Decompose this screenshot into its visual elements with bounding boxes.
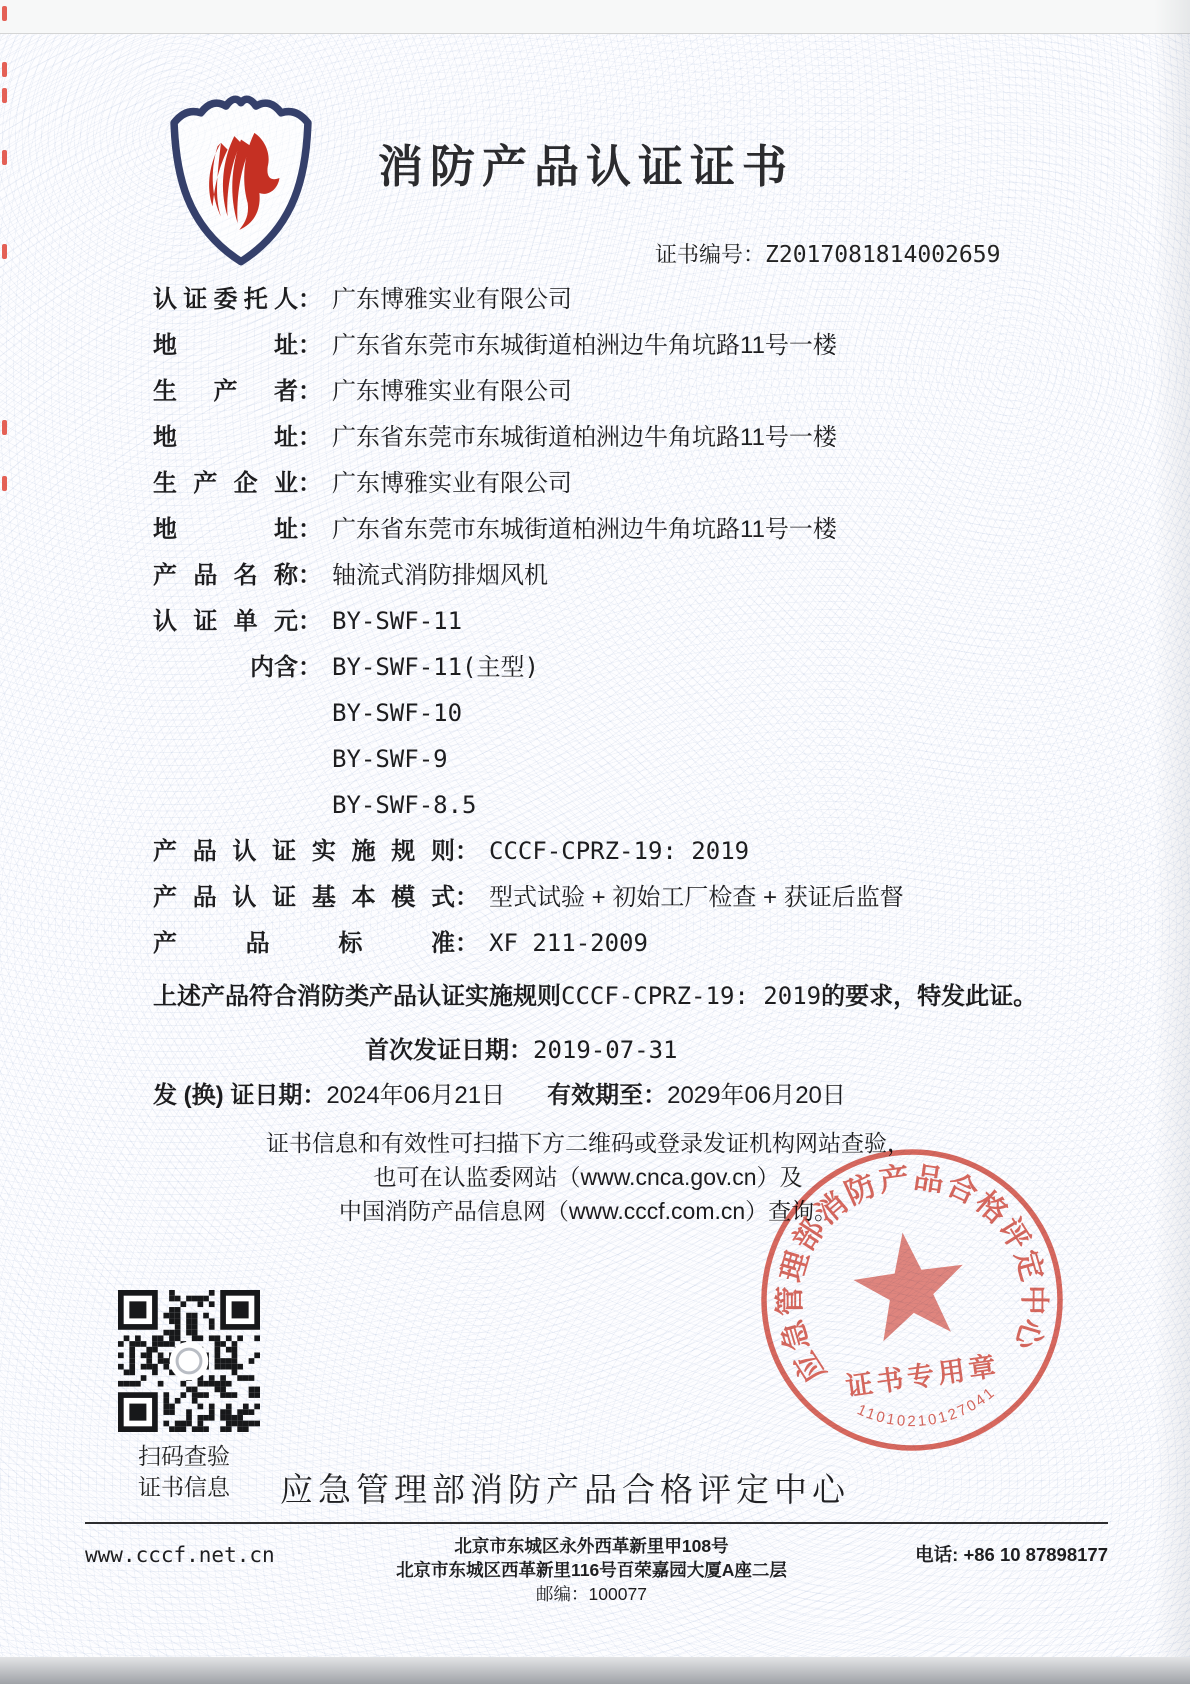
scan-edge-top <box>0 0 1190 34</box>
field-label: 地址 <box>153 421 298 454</box>
qr-caption-line: 扫码查验 <box>138 1441 230 1472</box>
included-model-row: BY-SWF-10 <box>153 697 1058 730</box>
footer-address: 北京市东城区永外西革新里甲108号 北京市东城区西革新里116号百荣嘉园大厦A座… <box>325 1534 858 1606</box>
colon: ： <box>298 651 332 684</box>
field-row: 地址：广东省东莞市东城街道柏洲边牛角坑路11号一楼 <box>153 329 1058 362</box>
included-model-row: BY-SWF-9 <box>153 743 1058 776</box>
scan-edge-right <box>1154 0 1190 1684</box>
certificate-number-label: 证书编号： <box>655 242 765 267</box>
field-value: 广东省东莞市东城街道柏洲边牛角坑路11号一楼 <box>332 421 1058 454</box>
colon: ： <box>455 927 489 960</box>
included-model: BY-SWF-8.5 <box>332 789 1058 822</box>
qr-caption: 扫码查验 证书信息 <box>138 1441 230 1503</box>
certificate-fields: 认证委托人：广东博雅实业有限公司 地址：广东省东莞市东城街道柏洲边牛角坑路11号… <box>153 283 1058 1228</box>
field-value: 广东博雅实业有限公司 <box>332 375 1058 408</box>
official-seal-stamp: 应急管理部消防产品合格评定中心 证书专用章 11010210127041 <box>750 1138 1074 1462</box>
field-value: 广东博雅实业有限公司 <box>332 283 1058 316</box>
field-label: 产品名称 <box>153 559 298 592</box>
statement-outro: 的要求，特发此证。 <box>821 983 1037 1010</box>
field-label: 认证委托人 <box>153 283 298 316</box>
scan-red-mark <box>2 476 7 491</box>
field-value: 广东博雅实业有限公司 <box>332 467 1058 500</box>
stamp-star-icon <box>848 1225 972 1344</box>
issuing-authority: 应急管理部消防产品合格评定中心 <box>280 1464 850 1511</box>
rule-row: 产品认证基本模式：型式试验 + 初始工厂检查 + 获证后监督 <box>153 881 1058 914</box>
valid-until-label: 有效期至： <box>547 1082 667 1109</box>
certificate-page: { "page_title": "消防产品认证证书", "cert_no": {… <box>0 0 1190 1684</box>
rule-label: 产品认证基本模式 <box>153 881 455 914</box>
scan-edge-bottom <box>0 1657 1190 1684</box>
scan-red-mark <box>2 420 7 435</box>
scan-red-mark <box>2 150 7 165</box>
page-title: 消防产品认证证书 <box>378 130 794 195</box>
field-row: 认证单元：BY-SWF-11 <box>153 605 1058 638</box>
colon: ： <box>455 835 489 868</box>
field-value: 广东省东莞市东城街道柏洲边牛角坑路11号一楼 <box>332 513 1058 546</box>
footer-address-line: 北京市东城区永外西革新里甲108号 <box>325 1534 858 1558</box>
field-row: 生产企业：广东博雅实业有限公司 <box>153 467 1058 500</box>
rule-label: 产品标准 <box>153 927 455 960</box>
colon: ： <box>298 329 332 362</box>
rule-value: XF 211-2009 <box>489 927 1058 960</box>
rule-value: 型式试验 + 初始工厂检查 + 获证后监督 <box>489 881 1058 914</box>
rule-row: 产品标准：XF 211-2009 <box>153 927 1058 960</box>
valid-until-value: 2029年06月20日 <box>667 1082 846 1109</box>
reissue-label: 发 (换) 证日期： <box>153 1082 326 1109</box>
field-row: 产品名称：轴流式消防排烟风机 <box>153 559 1058 592</box>
field-label: 地址 <box>153 329 298 362</box>
rule-row: 产品认证实施规则：CCCF-CPRZ-19: 2019 <box>153 835 1058 868</box>
colon: ： <box>455 881 489 914</box>
reissue-value: 2024年06月21日 <box>326 1082 505 1109</box>
field-label: 生产者 <box>153 375 298 408</box>
scan-red-mark <box>2 6 7 21</box>
footer-postcode: 邮编：100077 <box>325 1582 858 1606</box>
field-label: 生产企业 <box>153 467 298 500</box>
field-value: 广东省东莞市东城街道柏洲边牛角坑路11号一楼 <box>332 329 1058 362</box>
field-row: 地址：广东省东莞市东城街道柏洲边牛角坑路11号一楼 <box>153 421 1058 454</box>
scan-red-mark <box>2 88 7 103</box>
footer-website: www.cccf.net.cn <box>85 1534 325 1567</box>
statement-intro: 上述产品符合消防类产品认证实施规则 <box>153 983 561 1010</box>
field-label: 地址 <box>153 513 298 546</box>
field-label: 内含 <box>153 651 298 684</box>
first-issue-label: 首次发证日期： <box>365 1037 533 1064</box>
colon: ： <box>298 421 332 454</box>
colon: ： <box>298 467 332 500</box>
colon: ： <box>298 283 332 316</box>
scan-red-mark <box>2 244 7 259</box>
field-value: BY-SWF-11 <box>332 605 1058 638</box>
included-model: BY-SWF-10 <box>332 697 1058 730</box>
field-label: 认证单元 <box>153 605 298 638</box>
included-model-row: BY-SWF-8.5 <box>153 789 1058 822</box>
footer: www.cccf.net.cn 北京市东城区永外西革新里甲108号 北京市东城区… <box>85 1534 1108 1606</box>
reissue-date-line: 发 (换) 证日期：2024年06月21日有效期至：2029年06月20日 <box>153 1075 1058 1110</box>
footer-phone: 电话: +86 10 87898177 <box>858 1534 1108 1567</box>
colon: ： <box>298 559 332 592</box>
rule-label: 产品认证实施规则 <box>153 835 455 868</box>
field-row: 生产者：广东博雅实业有限公司 <box>153 375 1058 408</box>
colon: ： <box>298 605 332 638</box>
certificate-number: 证书编号：Z2017081814002659 <box>655 238 1000 269</box>
colon: ： <box>298 375 332 408</box>
rule-value: CCCF-CPRZ-19: 2019 <box>489 835 1058 868</box>
statement-code: CCCF-CPRZ-19: 2019 <box>561 982 821 1010</box>
included-model: BY-SWF-9 <box>332 743 1058 776</box>
field-row: 内含：BY-SWF-11(主型) <box>153 651 1058 684</box>
qr-code <box>118 1290 260 1432</box>
fire-shield-logo-icon <box>150 86 332 270</box>
footer-address-line: 北京市东城区西革新里116号百荣嘉园大厦A座二层 <box>325 1558 858 1582</box>
conformity-statement: 上述产品符合消防类产品认证实施规则CCCF-CPRZ-19: 2019的要求，特… <box>153 973 1043 1020</box>
scan-red-mark <box>2 62 7 77</box>
first-issue-date-line: 首次发证日期：2019-07-31 <box>365 1030 1058 1065</box>
colon: ： <box>298 513 332 546</box>
certificate-number-value: Z2017081814002659 <box>765 242 1000 268</box>
qr-caption-line: 证书信息 <box>138 1472 230 1503</box>
field-value: 轴流式消防排烟风机 <box>332 559 1058 592</box>
footer-divider <box>85 1522 1108 1524</box>
field-value: BY-SWF-11(主型) <box>332 651 1058 684</box>
field-row: 认证委托人：广东博雅实业有限公司 <box>153 283 1058 316</box>
first-issue-value: 2019-07-31 <box>533 1036 678 1064</box>
field-row: 地址：广东省东莞市东城街道柏洲边牛角坑路11号一楼 <box>153 513 1058 546</box>
